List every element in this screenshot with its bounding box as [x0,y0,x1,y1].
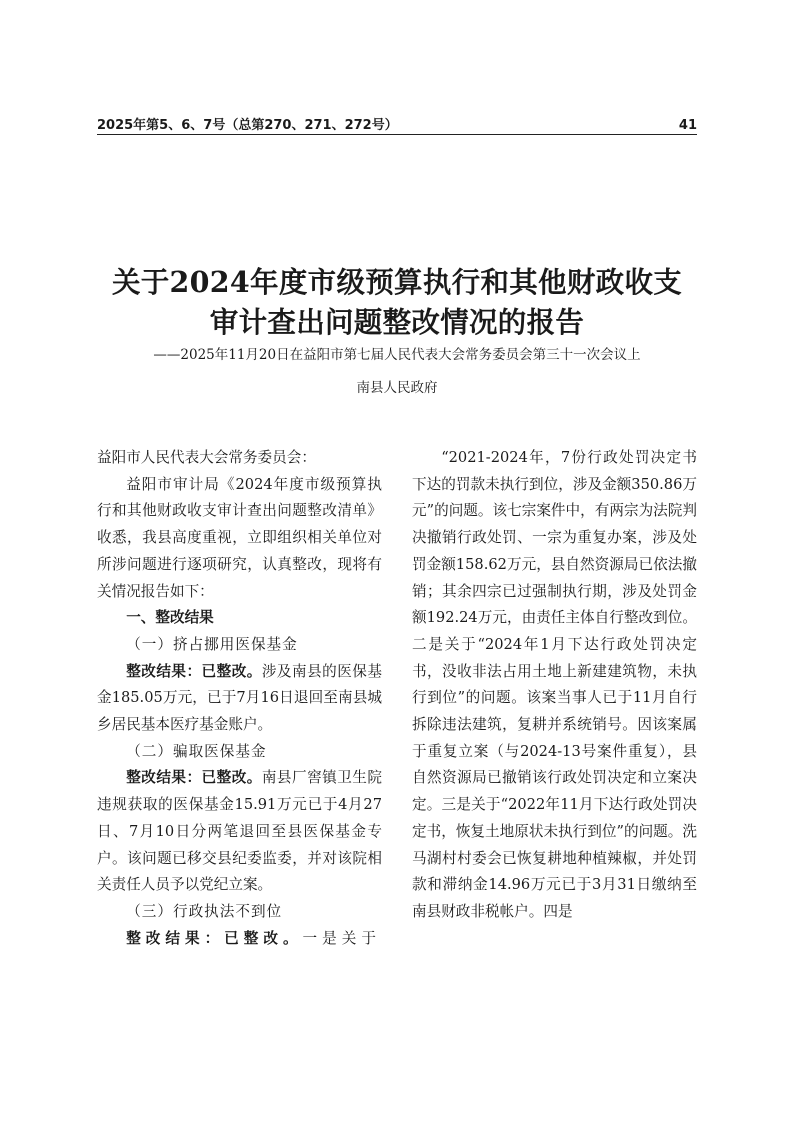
continued-paragraph: “2021-2024年，7份行政处罚决定书下达的罚款未执行到位，涉及金额350.… [412,445,697,926]
result-text: 南县厂窖镇卫生院违规获取的医保基金15.91万元已于4月27日、7月10日分两笔… [97,769,382,893]
result-label: 整改结果：已整改。 [126,769,262,786]
item-heading-3: （三）行政执法不到位 [97,899,382,926]
section-heading-1: 一、整改结果 [97,605,382,632]
item-heading-2: （二）骗取医保基金 [97,739,382,766]
title-line-1: 关于2024年度市级预算执行和其他财政收支 [80,262,714,302]
item-heading-1: （一）挤占挪用医保基金 [97,632,382,659]
document-subtitle: ——2025年11月20日在益阳市第七届人民代表大会常务委员会第三十一次会议上 [80,345,714,365]
document-author: 南县人民政府 [80,378,714,398]
result-label: 整改结果：已整改。 [126,663,262,680]
item-paragraph-3: 整改结果：已整改。一是关于 [97,926,382,953]
left-column: 益阳市人民代表大会常务委员会： 益阳市审计局《2024年度市级预算执行和其他财政… [97,445,382,952]
item-paragraph-2: 整改结果：已整改。南县厂窖镇卫生院违规获取的医保基金15.91万元已于4月27日… [97,765,382,899]
result-label: 整改结果：已整改。 [126,930,302,947]
issue-info: 2025年第5、6、7号（总第270、271、272号） [97,118,398,134]
right-column: “2021-2024年，7份行政处罚决定书下达的罚款未执行到位，涉及金额350.… [412,445,697,926]
header-rule [97,134,697,135]
title-line-2: 审计查出问题整改情况的报告 [80,302,714,342]
salutation: 益阳市人民代表大会常务委员会： [97,445,382,472]
document-title: 关于2024年度市级预算执行和其他财政收支 审计查出问题整改情况的报告 [80,262,714,342]
item-paragraph-1: 整改结果：已整改。涉及南县的医保基金185.05万元，已于7月16日退回至南县城… [97,659,382,739]
intro-paragraph: 益阳市审计局《2024年度市级预算执行和其他财政收支审计查出问题整改清单》收悉，… [97,472,382,606]
running-header: 2025年第5、6、7号（总第270、271、272号） 41 [97,118,697,134]
result-text: 一是关于 [303,930,381,947]
page-number: 41 [679,118,697,134]
